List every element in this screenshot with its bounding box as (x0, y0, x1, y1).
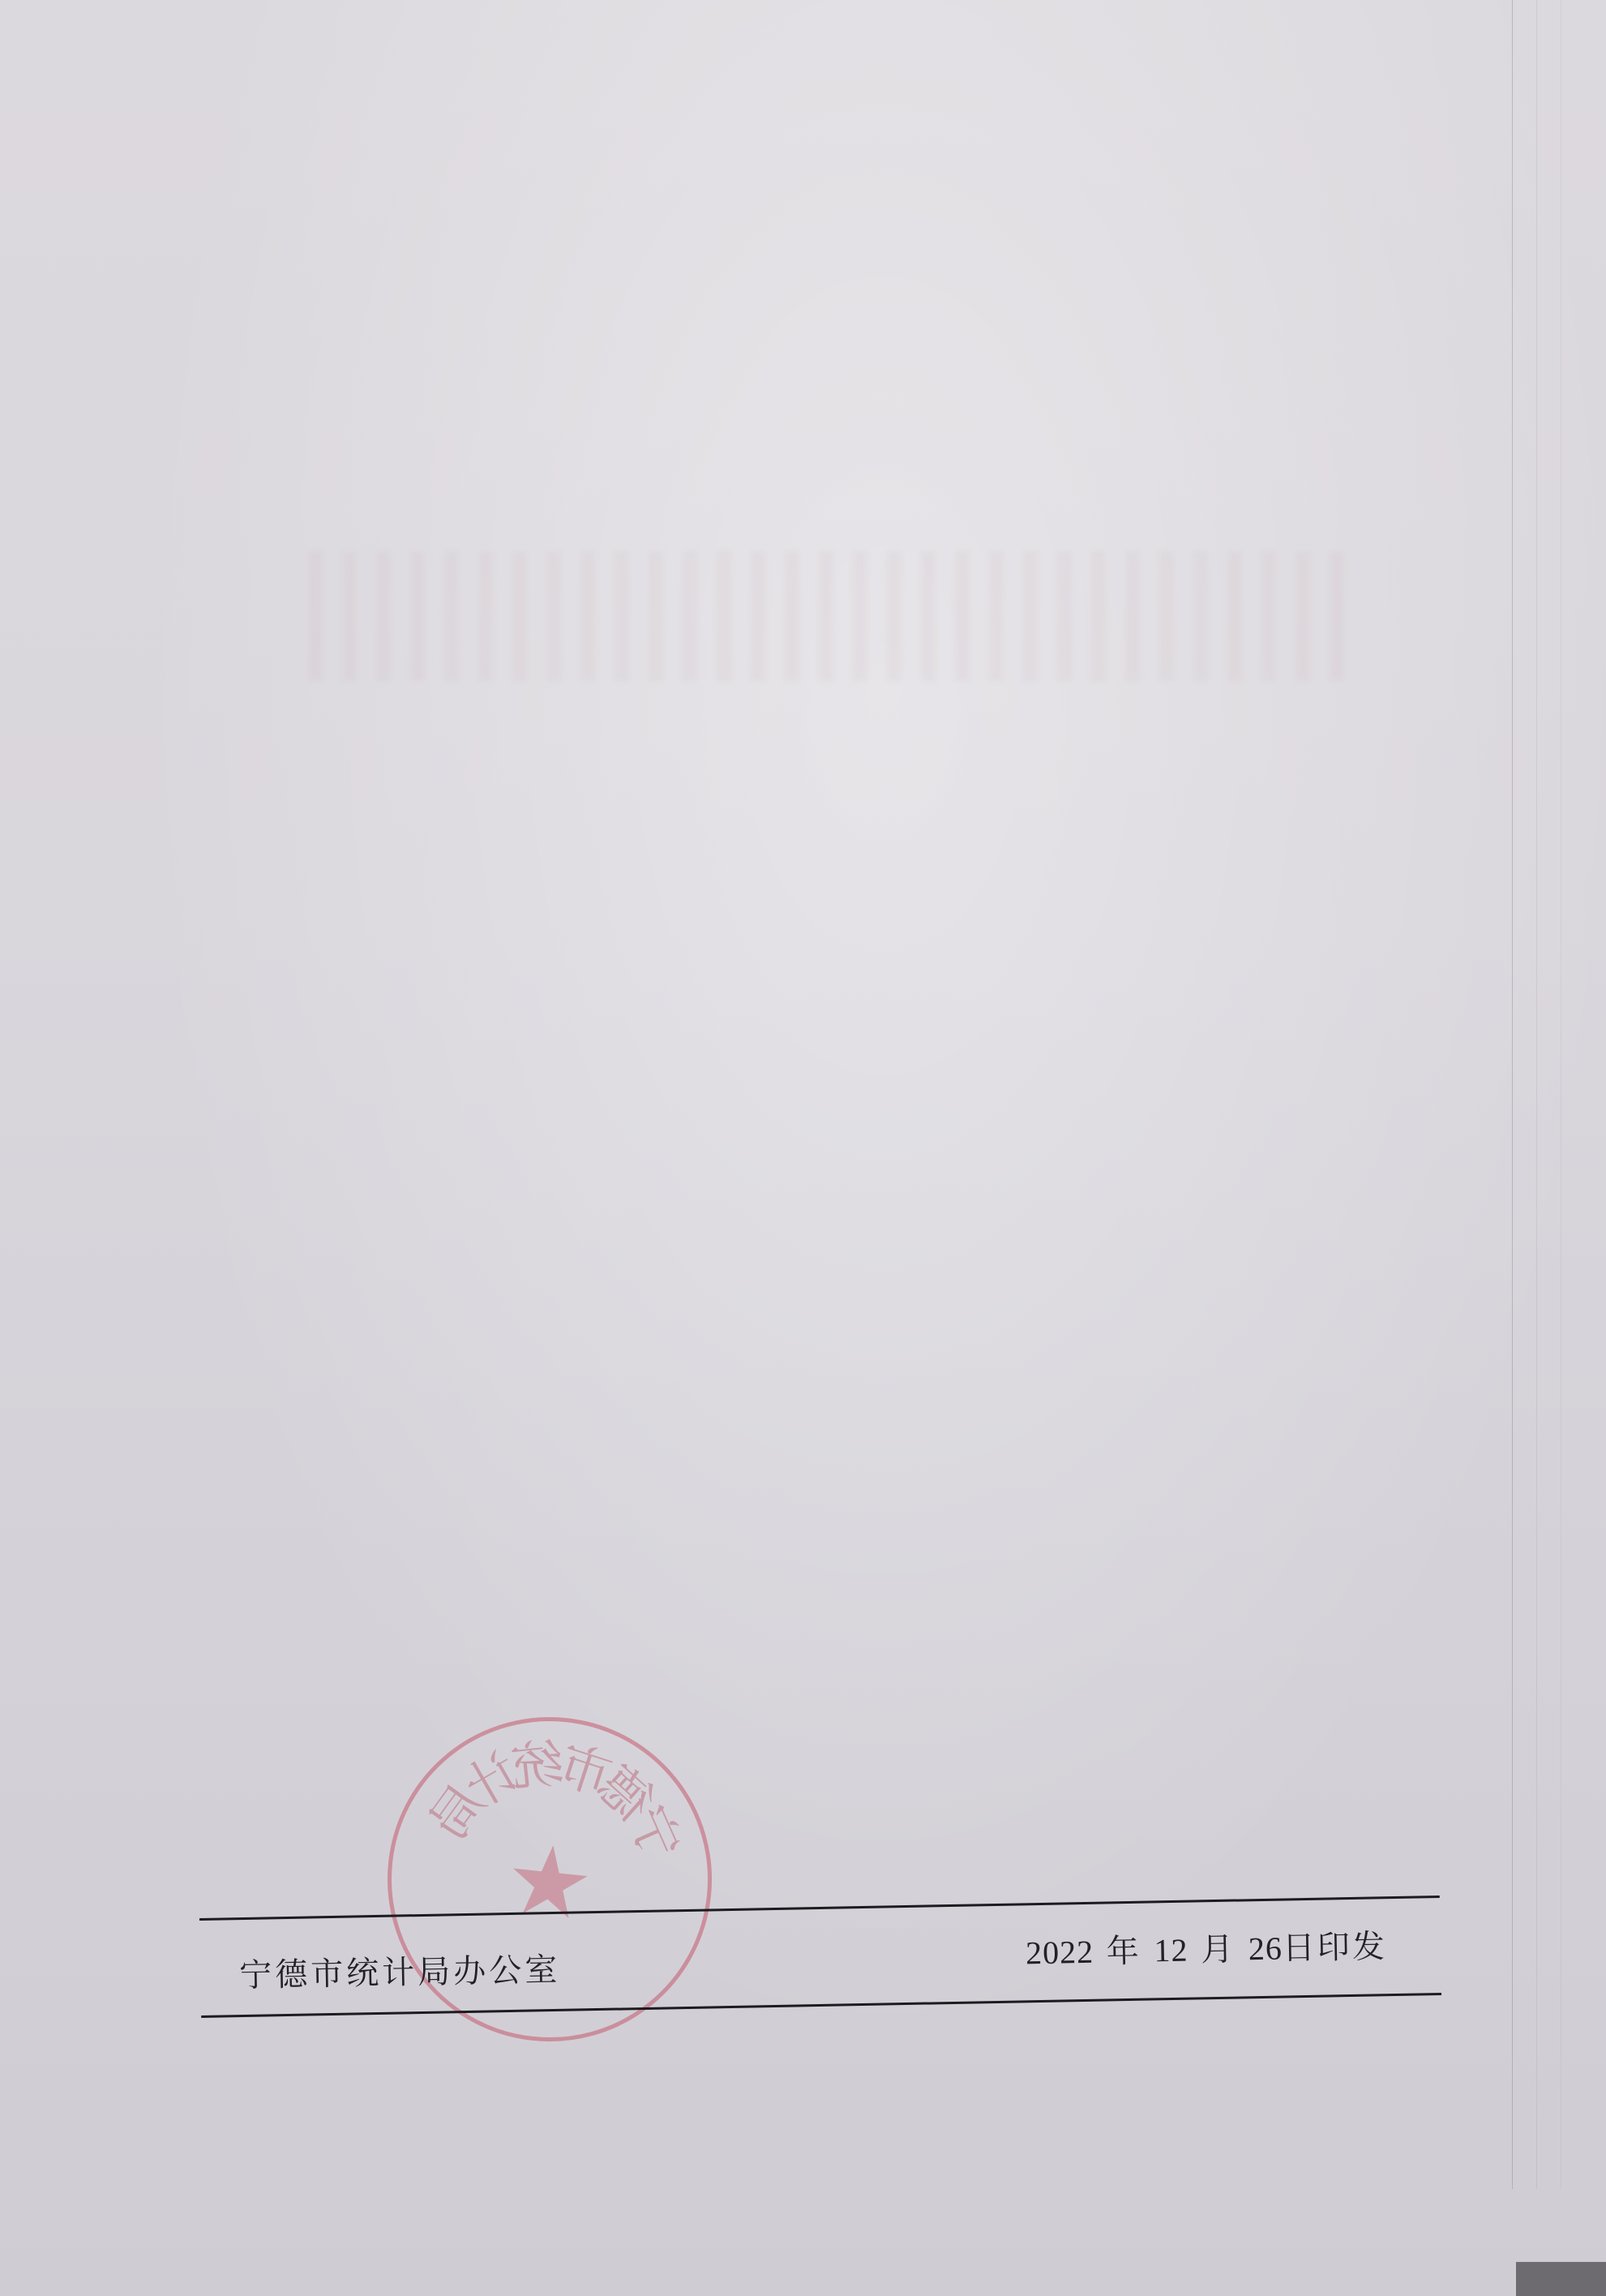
print-date-year-unit: 年 (1106, 1933, 1141, 1971)
print-date-suffix: 印发 (1317, 1928, 1387, 1967)
document-page: 宁 德 市 统 计 局 ★ 宁德市统计局办公室 2022 年 12 月 26日印… (0, 0, 1606, 2296)
reverse-side-bleed-through (308, 551, 1362, 681)
print-date-month: 12 (1154, 1932, 1188, 1969)
print-date-year: 2022 (1026, 1934, 1094, 1972)
imprint-block: 宁德市统计局办公室 2022 年 12 月 26日印发 (199, 1895, 1442, 2048)
page-stack-edge (1512, 0, 1513, 2189)
imprint-bottom-rule (201, 1993, 1441, 2018)
imprint-top-rule (199, 1895, 1440, 1921)
print-date-day: 26 (1248, 1930, 1283, 1968)
issuing-office: 宁德市统计局办公室 (239, 1944, 561, 1996)
page-stack-edge (1536, 0, 1537, 2189)
print-date: 2022 年 12 月 26日印发 (1026, 1921, 1388, 1973)
desk-shadow (1516, 2262, 1606, 2296)
page-stack-edge (1561, 0, 1561, 2189)
print-date-month-unit: 月 (1201, 1931, 1236, 1969)
print-date-day-unit: 日 (1282, 1930, 1317, 1968)
